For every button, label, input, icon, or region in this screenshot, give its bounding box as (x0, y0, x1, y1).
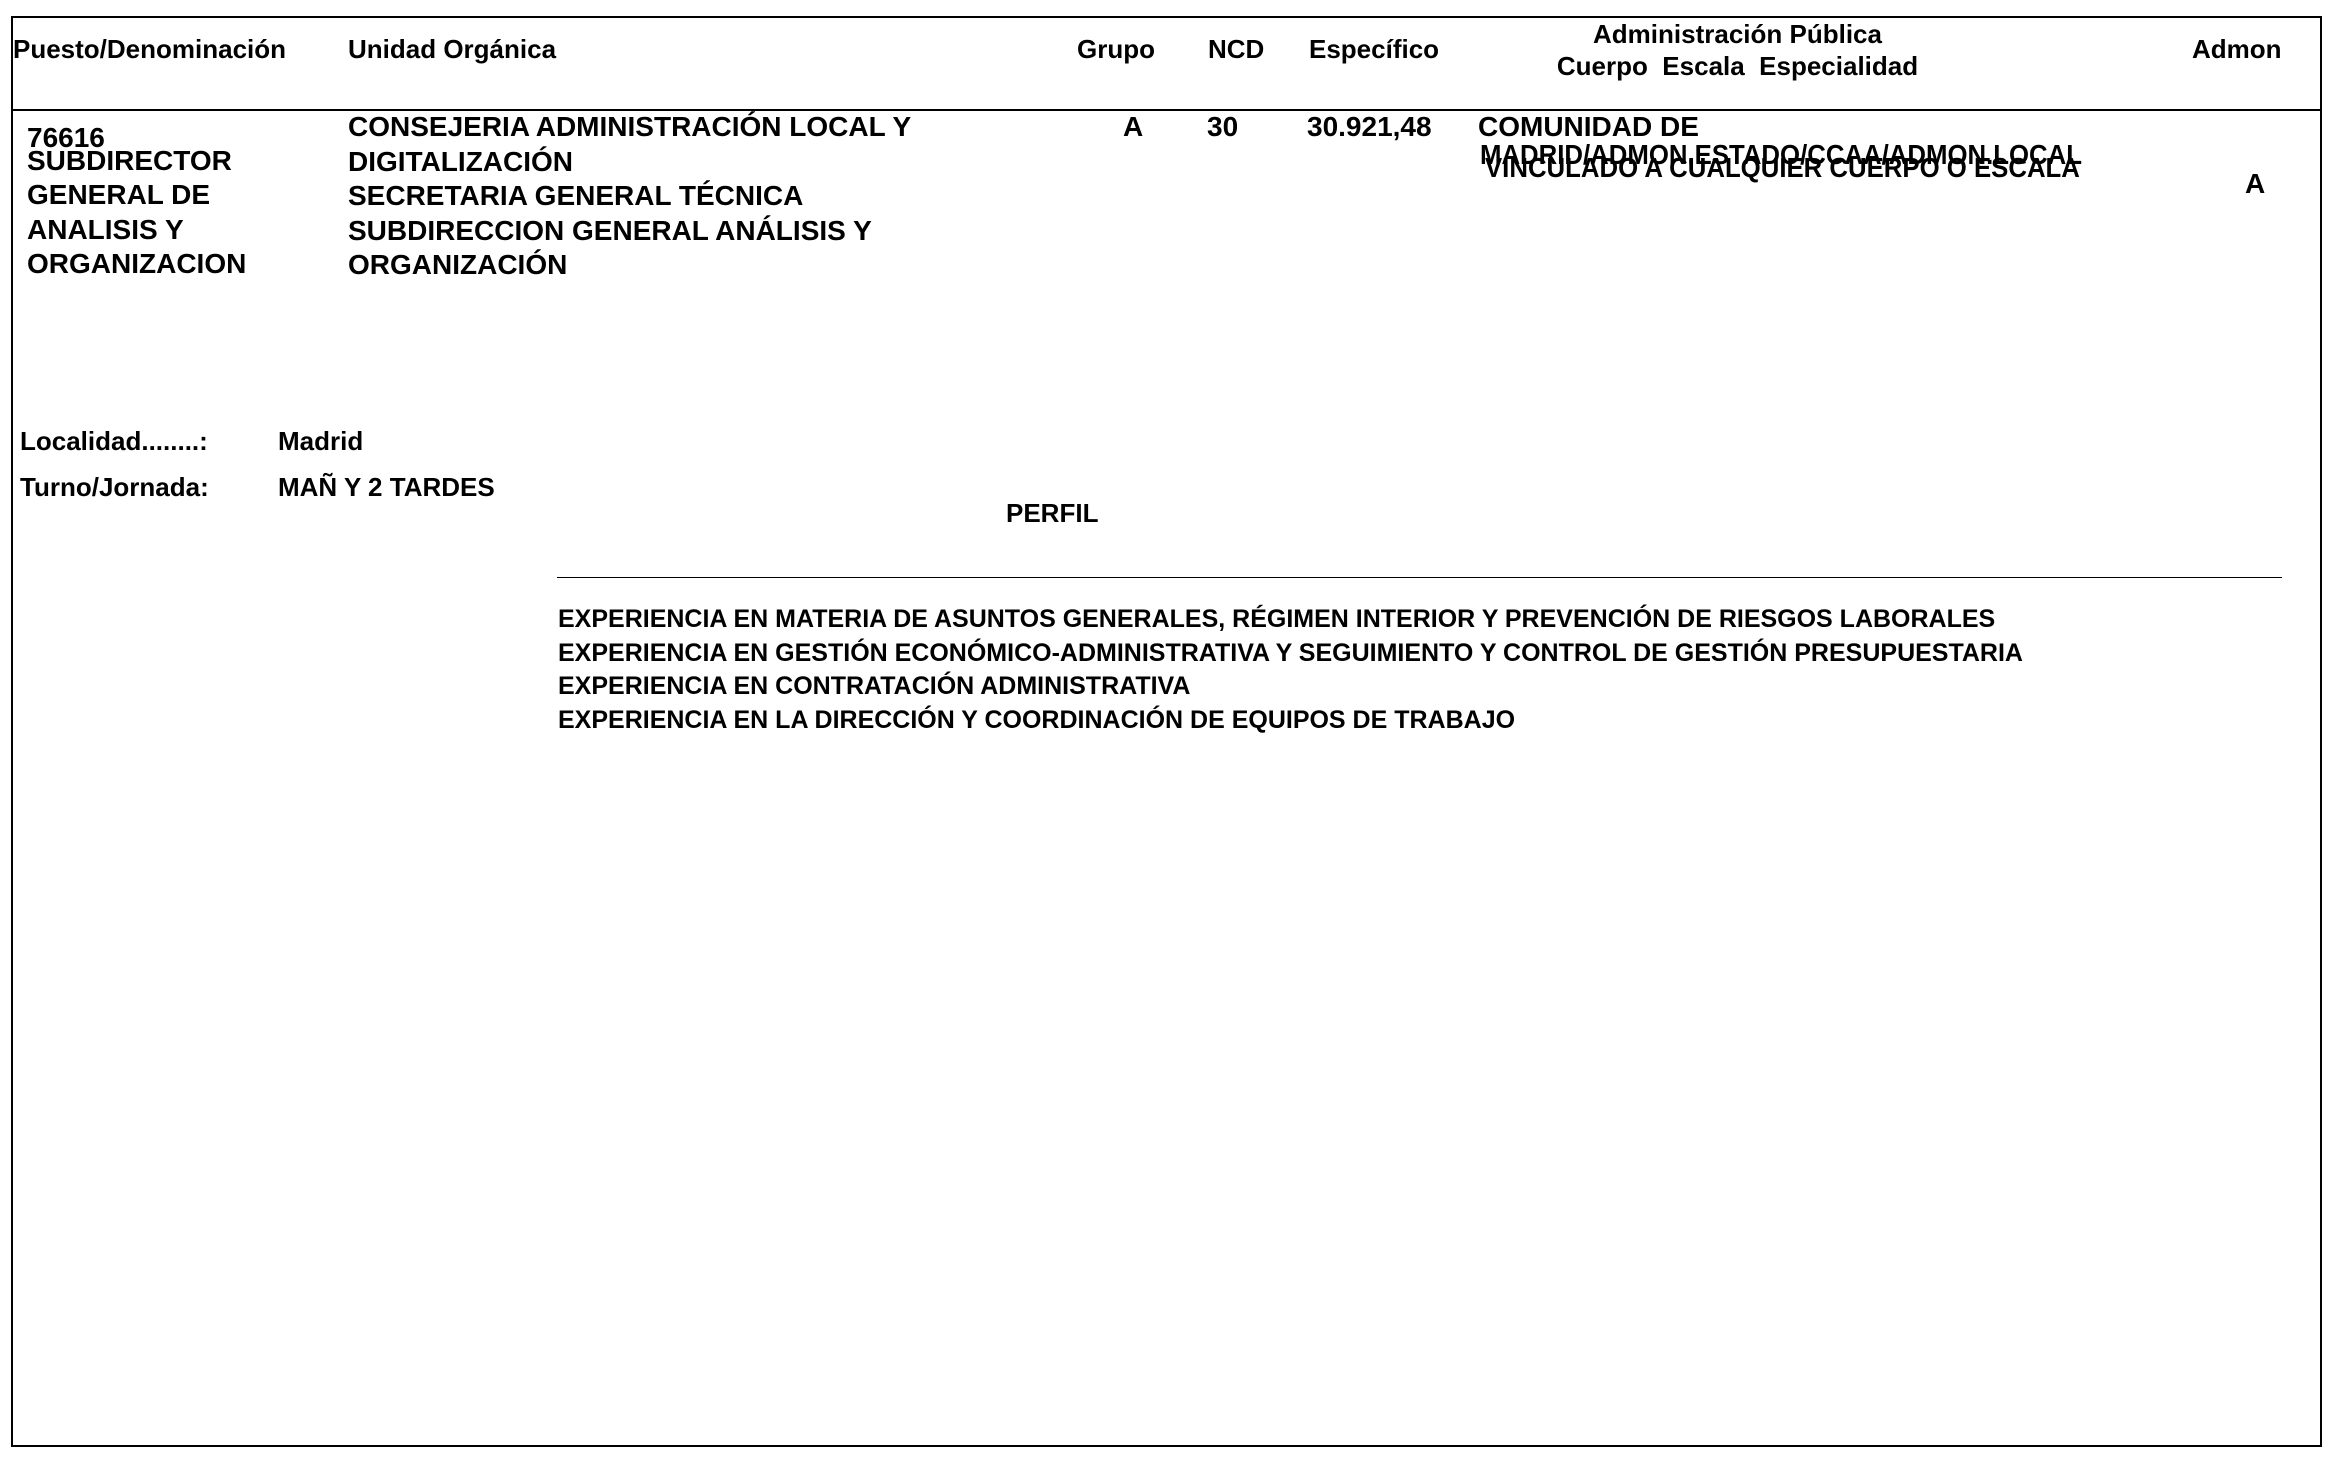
puesto-line: SUBDIRECTOR (27, 147, 246, 182)
unidad-line: SUBDIRECCION GENERAL ANÁLISIS Y (348, 217, 911, 252)
admon-value: A (2245, 170, 2265, 198)
grupo-value: A (1123, 113, 1143, 141)
header-puesto: Puesto/Denominación (13, 36, 286, 62)
puesto-line: ORGANIZACION (27, 250, 246, 285)
especifico-value: 30.921,48 (1307, 113, 1432, 141)
unidad-organica-cell: CONSEJERIA ADMINISTRACIÓN LOCAL Y DIGITA… (348, 113, 911, 286)
puesto-line: GENERAL DE (27, 181, 246, 216)
turno-label: Turno/Jornada: (20, 474, 209, 500)
turno-value: MAÑ Y 2 TARDES (278, 474, 495, 500)
header-admon: Admon (2192, 36, 2282, 62)
cuerpo-escala-value: VINCULADO A CUALQUIER CUERPO O ESCALA (1485, 154, 2080, 182)
unidad-line: SECRETARIA GENERAL TÉCNICA (348, 182, 911, 217)
header-unidad-organica: Unidad Orgánica (348, 36, 556, 62)
unidad-line: DIGITALIZACIÓN (348, 148, 911, 183)
localidad-value: Madrid (278, 428, 363, 454)
perfil-item: EXPERIENCIA EN LA DIRECCIÓN Y COORDINACI… (558, 708, 2023, 742)
perfil-item: EXPERIENCIA EN GESTIÓN ECONÓMICO-ADMINIS… (558, 641, 2023, 675)
perfil-title: PERFIL (1006, 500, 1098, 526)
perfil-item: EXPERIENCIA EN CONTRATACIÓN ADMINISTRATI… (558, 674, 2023, 708)
header-administracion-publica: Administración Pública (1545, 21, 1930, 47)
administracion-line-1: COMUNIDAD DE (1478, 113, 1699, 141)
header-cuerpo-escala-especialidad: Cuerpo Escala Especialidad (1545, 53, 1930, 79)
header-grupo: Grupo (1077, 36, 1155, 62)
header-ncd: NCD (1208, 36, 1264, 62)
puesto-cell: 76616 SUBDIRECTOR GENERAL DE ANALISIS Y … (27, 124, 246, 285)
unidad-line: CONSEJERIA ADMINISTRACIÓN LOCAL Y (348, 113, 911, 148)
puesto-line: ANALISIS Y (27, 216, 246, 251)
localidad-label: Localidad........: (20, 428, 208, 454)
header-especifico: Específico (1309, 36, 1439, 62)
perfil-divider (557, 577, 2282, 578)
perfil-list: EXPERIENCIA EN MATERIA DE ASUNTOS GENERA… (558, 607, 2023, 741)
unidad-line: ORGANIZACIÓN (348, 251, 911, 286)
perfil-item: EXPERIENCIA EN MATERIA DE ASUNTOS GENERA… (558, 607, 2023, 641)
ncd-value: 30 (1207, 113, 1238, 141)
